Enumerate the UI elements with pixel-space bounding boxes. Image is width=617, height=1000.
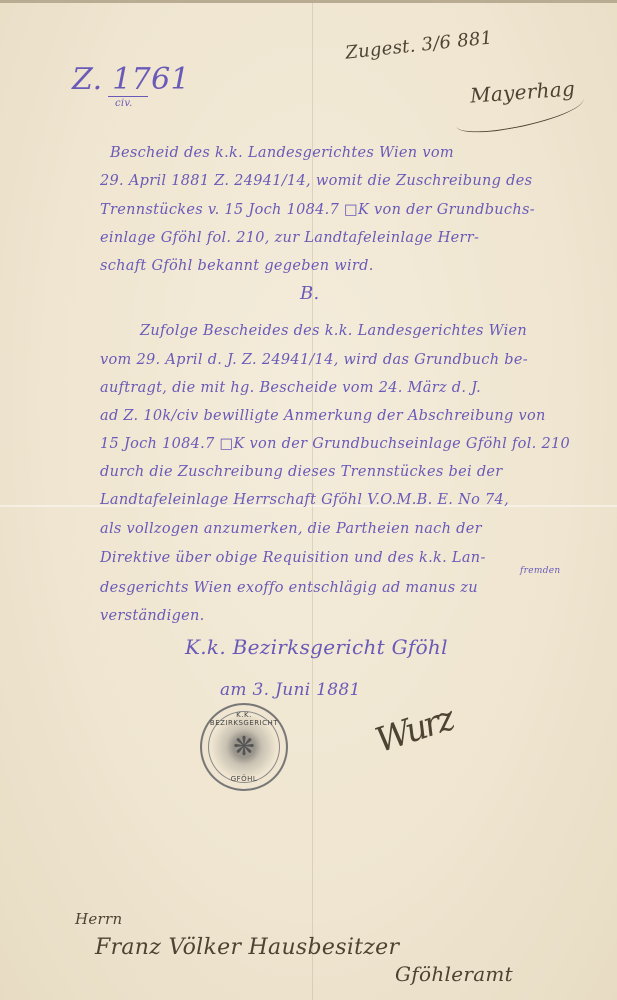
address-recipient: Franz Völker Hausbesitzer [95,935,399,960]
document-page: Z. 1761 civ. Zugest. 3/6 881 Mayerhag Be… [0,0,617,1000]
body-line: 29. April 1881 Z. 24941/14, womit die Zu… [100,173,532,189]
paper-top-edge [0,0,617,3]
body-line: schaft Gföhl bekannt gegeben wird. [100,258,374,274]
section-marker: B. [300,283,320,304]
reference-underline [108,96,148,97]
interlinear-note: fremden [520,566,560,576]
decree-line: 15 Joch 1084.7 □K von der Grundbuchseinl… [100,436,570,452]
double-headed-eagle-icon: ❋ [233,732,255,762]
decree-line: Zufolge Bescheides des k.k. Landesgerich… [140,323,527,339]
court-date: am 3. Juni 1881 [220,680,361,700]
decree-line: Direktive über obige Requisition und des… [100,550,486,566]
seal-top-text: K.K. BEZIRKSGERICHT [202,711,286,727]
decree-line: ad Z. 10k/civ bewilligte Anmerkung der A… [100,408,546,424]
reference-subscript: civ. [115,98,133,109]
decree-line: auftragt, die mit hg. Bescheide vom 24. … [100,380,481,396]
court-name: K.k. Bezirksgericht Gföhl [185,635,448,659]
body-line: Bescheid des k.k. Landesgerichtes Wien v… [110,145,454,161]
reference-number: Z. 1761 [72,62,190,97]
judge-signature: Wurz [371,699,457,761]
seal-bottom-text: GFÖHL [202,775,286,783]
received-note: Zugest. 3/6 881 [344,27,493,63]
address-place: Gföhleramt [395,962,513,986]
court-seal-stamp: K.K. BEZIRKSGERICHT ❋ GFÖHL [200,703,288,791]
decree-line: desgerichts Wien exoffo entschlägig ad m… [100,580,478,596]
decree-line: verständigen. [100,608,205,624]
address-salutation: Herrn [75,910,122,928]
decree-line: vom 29. April d. J. Z. 24941/14, wird da… [100,352,528,368]
decree-line: Landtafeleinlage Herrschaft Gföhl V.O.M.… [100,492,509,508]
decree-line: als vollzogen anzumerken, die Partheien … [100,521,482,537]
decree-line: durch die Zuschreibung dieses Trennstück… [100,464,503,480]
body-line: Trennstückes v. 15 Joch 1084.7 □K von de… [100,202,535,218]
body-line: einlage Gföhl fol. 210, zur Landtafelein… [100,230,479,246]
